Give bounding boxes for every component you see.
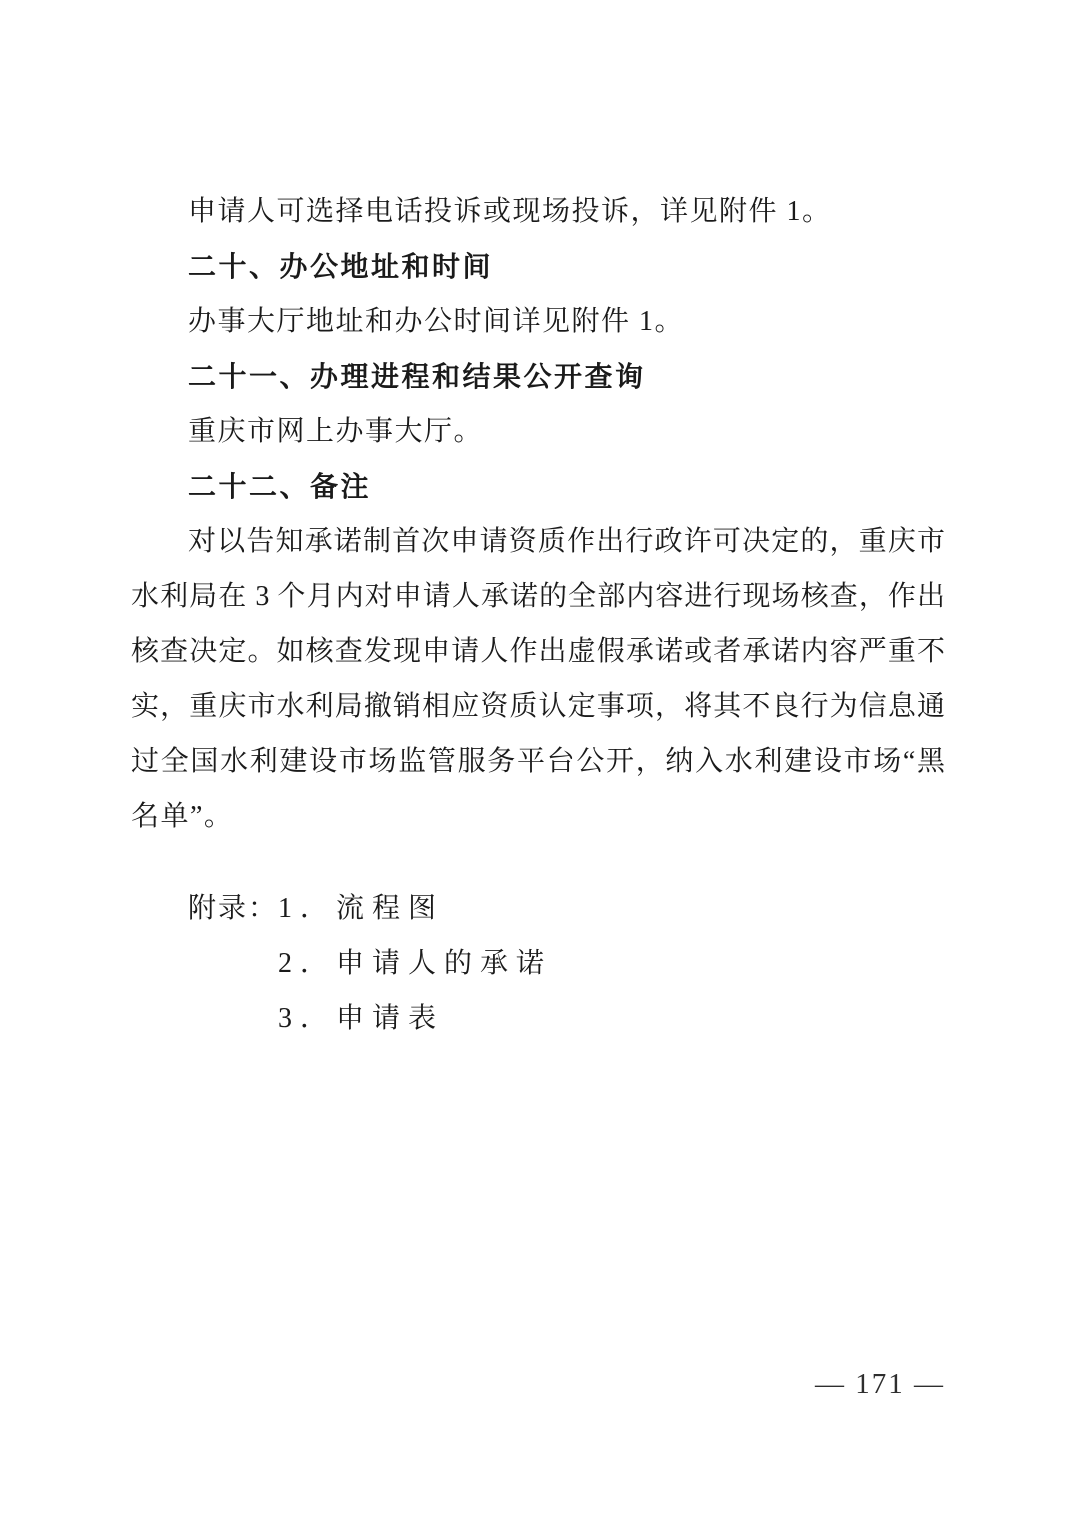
appendix-row-3: 3．申请表 (131, 991, 945, 1046)
remark-line: 名单”。 (131, 789, 945, 844)
page-number: — 171 — (815, 1369, 945, 1399)
heading-section-20: 二十、办公地址和时间 (131, 239, 945, 294)
remark-line: 实，重庆市水利局撤销相应资质认定事项，将其不良行为信息通 (131, 679, 945, 734)
appendix-row-2: 2．申请人的承诺 (131, 936, 945, 991)
remark-line: 对以告知承诺制首次申请资质作出行政许可决定的，重庆市 (131, 514, 945, 569)
appendix-item-application-form: 3．申请表 (278, 1003, 444, 1034)
remark-line: 水利局在 3 个月内对申请人承诺的全部内容进行现场核查，作出 (131, 569, 945, 624)
appendix-item-flowchart: 1．流程图 (278, 893, 444, 924)
remark-line: 过全国水利建设市场监管服务平台公开，纳入水利建设市场“黑 (131, 734, 945, 789)
heading-section-21: 二十一、办理进程和结果公开查询 (131, 349, 945, 404)
appendix-row-1: 附录：1．流程图 (131, 881, 945, 936)
paragraph-office-address: 办事大厅地址和办公时间详见附件 1。 (131, 294, 945, 349)
remark-line: 核查决定。如核查发现申请人作出虚假承诺或者承诺内容严重不 (131, 624, 945, 679)
heading-section-22: 二十二、备注 (131, 459, 945, 514)
paragraph-query-channel: 重庆市网上办事大厅。 (131, 404, 945, 459)
appendix-item-commitment: 2．申请人的承诺 (278, 948, 552, 979)
paragraph-complaint-options: 申请人可选择电话投诉或现场投诉，详见附件 1。 (131, 184, 945, 239)
document-content: 申请人可选择电话投诉或现场投诉，详见附件 1。 二十、办公地址和时间 办事大厅地… (131, 184, 945, 1046)
document-page: 申请人可选择电话投诉或现场投诉，详见附件 1。 二十、办公地址和时间 办事大厅地… (0, 0, 1075, 1519)
paragraph-remark: 对以告知承诺制首次申请资质作出行政许可决定的，重庆市 水利局在 3 个月内对申请… (131, 514, 945, 844)
appendix-label: 附录： (188, 881, 278, 936)
appendix-list: 附录：1．流程图 2．申请人的承诺 3．申请表 (131, 881, 945, 1046)
